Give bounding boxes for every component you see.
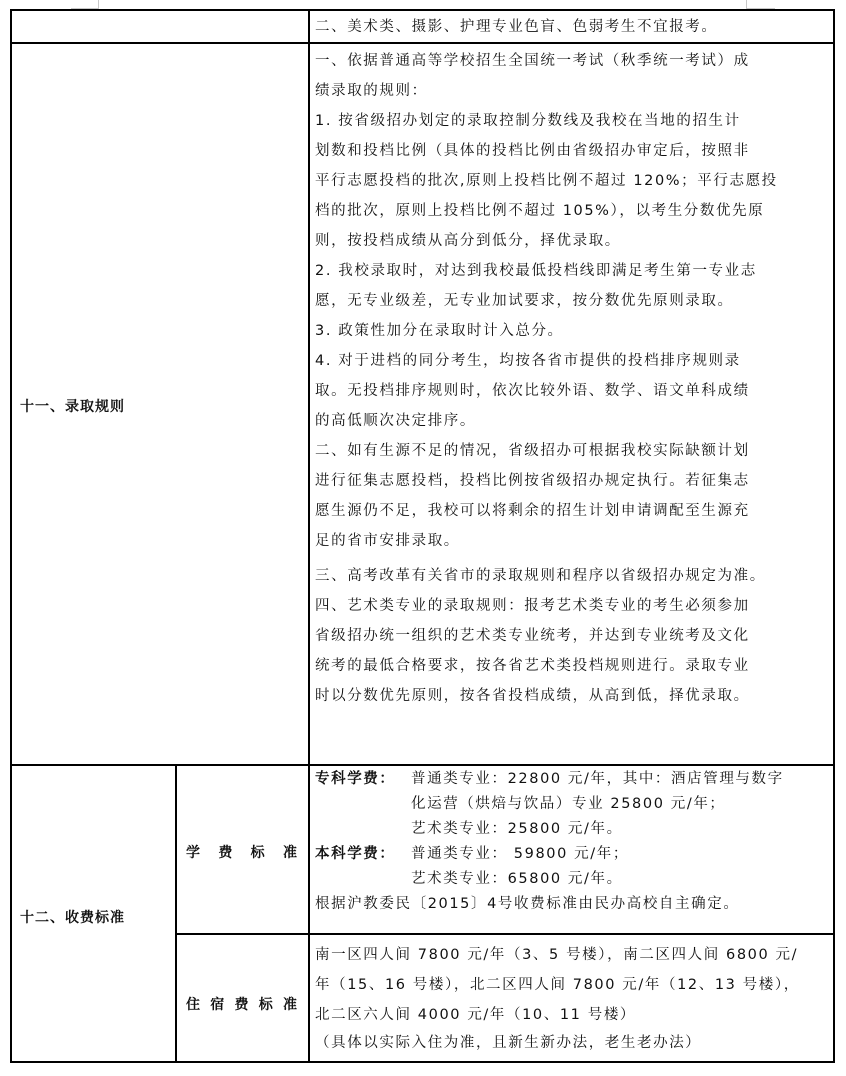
- dorm-fee-label: 住 宿 费 标 准: [186, 990, 298, 1020]
- section-12-label: 十二、收费标准: [20, 903, 125, 933]
- text-line: 一、依据普通高等学校招生全国统一考试（秋季统一考试）成: [315, 46, 830, 76]
- text-line: 划数和投档比例（具体的投档比例由省级招办审定后，按照非: [315, 136, 830, 166]
- section-11-content: 一、依据普通高等学校招生全国统一考试（秋季统一考试）成 绩录取的规则： 1. 按…: [315, 46, 830, 711]
- text-line: 省级招办统一组织的艺术类专业统考，并达到专业统考及文化: [315, 621, 830, 651]
- table-border-left: [10, 9, 12, 1063]
- label-char: 准: [283, 838, 298, 868]
- text-line: 愿生源仍不足，我校可以将剩余的招生计划申请调配至生源充: [315, 496, 830, 526]
- text-line: 2. 我校录取时，对达到我校最低投档线即满足考生第一专业志: [315, 256, 830, 286]
- prev-row-content: 二、美术类、摄影、护理专业色盲、色弱考生不宜报考。: [315, 12, 718, 42]
- label-char: 标: [251, 838, 266, 868]
- text-line: 的高低顺次决定排序。: [315, 406, 830, 436]
- tuition-standard-label: 学 费 标 准: [186, 838, 298, 868]
- text-line: 取。无投档排序规则时，依次比较外语、数学、语文单科成绩: [315, 376, 830, 406]
- text-line: 普通类专业：22800 元/年，其中：酒店管理与数字: [411, 771, 784, 787]
- dorm-content: 南一区四人间 7800 元/年（3、5 号楼），南二区四人间 6800 元/ 年…: [315, 940, 830, 1056]
- tuition-note: 根据沪教委民〔2015〕4号收费标准由民办高校自主确定。: [315, 892, 830, 917]
- text-line: 统考的最低合格要求，按各省艺术类投档规则进行。录取专业: [315, 651, 830, 681]
- text-line: 3. 政策性加分在录取时计入总分。: [315, 316, 830, 346]
- dorm-note: （具体以实际入住为准，且新生新办法，老生老办法）: [315, 1030, 830, 1056]
- zhuanke-line-1: 专科学费：普通类专业：22800 元/年，其中：酒店管理与数字: [315, 767, 830, 792]
- text-line: 绩录取的规则：: [315, 76, 830, 106]
- text-line: 化运营（烘焙与饮品）专业 25800 元/年；: [315, 792, 830, 817]
- table-border-bottom: [10, 1061, 835, 1063]
- label-char: 宿: [210, 990, 225, 1020]
- benke-tuition-label: 本科学费：: [315, 842, 411, 867]
- row-divider-2: [10, 764, 835, 766]
- text-line: 北二区六人间 4000 元/年（10、11 号楼）: [315, 1000, 830, 1030]
- section-11-label: 十一、录取规则: [20, 392, 125, 422]
- text-line: 南一区四人间 7800 元/年（3、5 号楼），南二区四人间 6800 元/: [315, 940, 830, 970]
- label-char: 学: [186, 838, 201, 868]
- row-divider-3: [175, 933, 835, 935]
- text-line: 足的省市安排录取。: [315, 526, 830, 556]
- column-divider-main: [308, 9, 310, 1063]
- text-line: 年（15、16 号楼），北二区四人间 7800 元/年（12、13 号楼），: [315, 970, 830, 1000]
- column-divider-sub: [175, 764, 177, 1063]
- label-char: 费: [218, 838, 233, 868]
- label-char: 费: [235, 990, 250, 1020]
- text-line: 4. 对于进档的同分考生，均按各省市提供的投档排序规则录: [315, 346, 830, 376]
- table-border-right: [833, 9, 835, 1063]
- table-border-top: [10, 9, 835, 11]
- crop-mark-left-v: [98, 0, 99, 9]
- text-line: 四、艺术类专业的录取规则：报考艺术类专业的考生必须参加: [315, 591, 830, 621]
- label-char: 住: [186, 990, 201, 1020]
- text-line: 档的批次，原则上投档比例不超过 105%），以考生分数优先原: [315, 196, 830, 226]
- text-line: 二、如有生源不足的情况，省级招办可根据我校实际缺额计划: [315, 436, 830, 466]
- crop-mark-right-v: [746, 0, 747, 9]
- text-line: 艺术类专业：65800 元/年。: [315, 867, 830, 892]
- text-line: 1. 按省级招办划定的录取控制分数线及我校在当地的招生计: [315, 106, 830, 136]
- row-divider-1: [10, 42, 835, 44]
- text-line: 进行征集志愿投档，投档比例按省级招办规定执行。若征集志: [315, 466, 830, 496]
- label-char: 标: [259, 990, 274, 1020]
- text-line: 时以分数优先原则，按各省投档成绩，从高到低，择优录取。: [315, 681, 830, 711]
- text-line: 则，按投档成绩从高分到低分，择优录取。: [315, 226, 830, 256]
- text-line: 愿，无专业级差，无专业加试要求，按分数优先原则录取。: [315, 286, 830, 316]
- text-line: 三、高考改革有关省市的录取规则和程序以省级招办规定为准。: [315, 561, 830, 591]
- label-char: 准: [283, 990, 298, 1020]
- benke-line-1: 本科学费：普通类专业： 59800 元/年；: [315, 842, 830, 867]
- zhuanke-tuition-label: 专科学费：: [315, 767, 411, 792]
- tuition-content: 专科学费：普通类专业：22800 元/年，其中：酒店管理与数字 化运营（烘焙与饮…: [315, 767, 830, 917]
- text-line: 艺术类专业：25800 元/年。: [315, 817, 830, 842]
- text-line: 普通类专业： 59800 元/年；: [411, 846, 629, 862]
- text-line: 平行志愿投档的批次,原则上投档比例不超过 120%；平行志愿投: [315, 166, 830, 196]
